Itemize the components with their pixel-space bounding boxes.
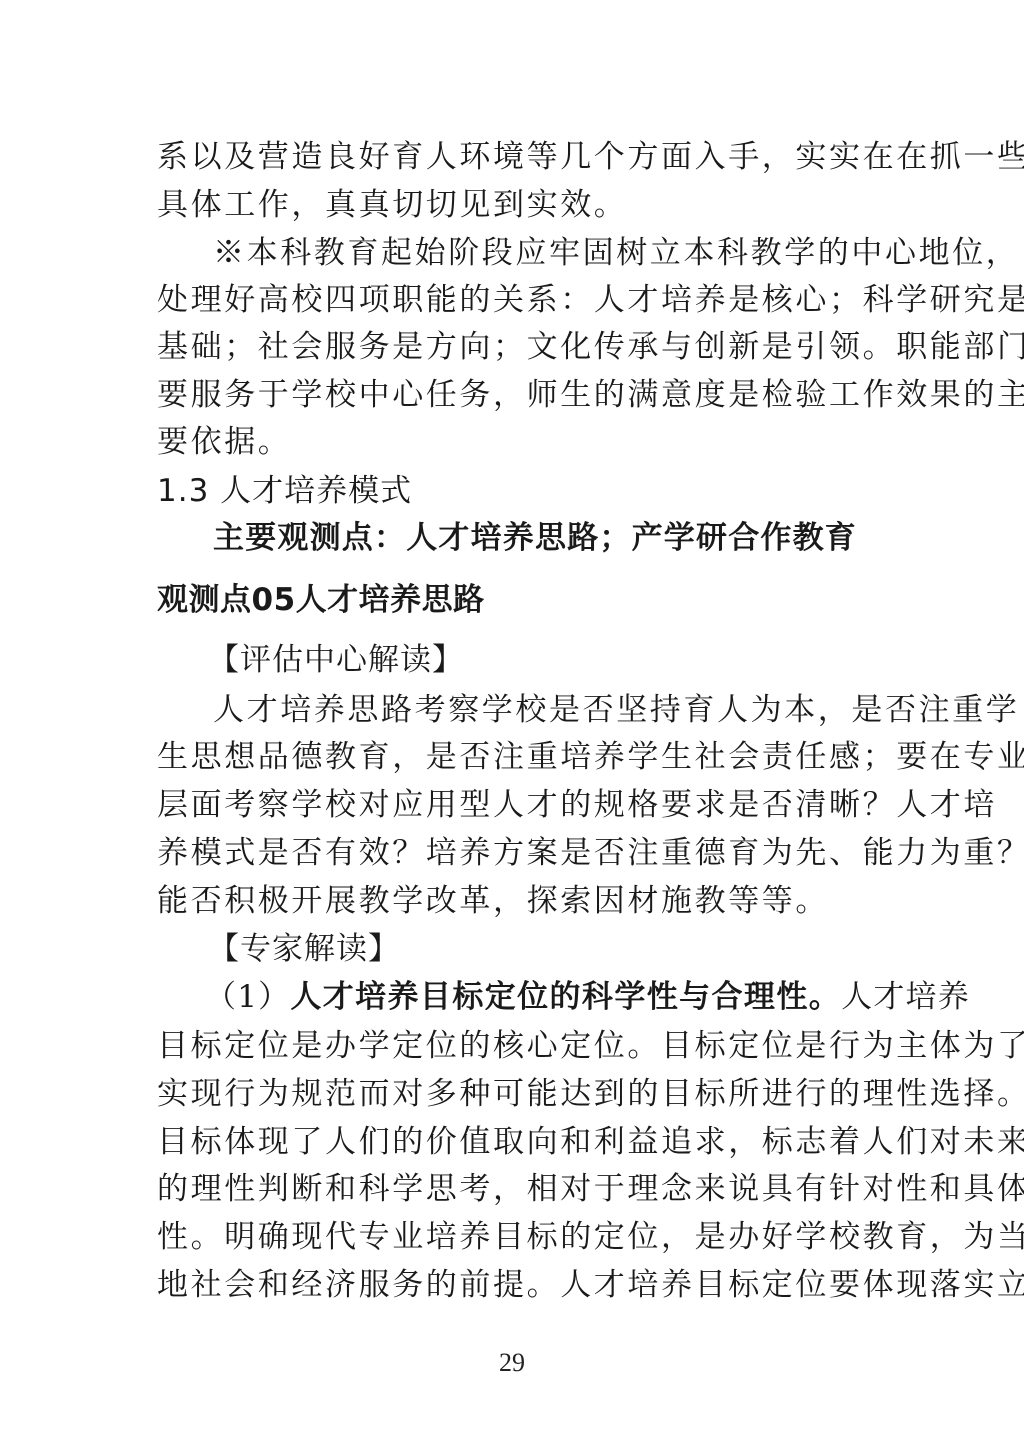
evaluation-paragraph-line: 生思想品德教育，是否注重培养学生社会责任感；要在专业 (157, 737, 869, 777)
expert-paragraph-line: 目标定位是办学定位的核心定位。目标定位是行为主体为了 (157, 1026, 869, 1066)
expert-paragraph-line: 性。明确现代专业培养目标的定位，是办好学校教育，为当 (157, 1217, 869, 1257)
evaluation-paragraph-line: 能否积极开展教学改革，探索因材施教等等。 (157, 881, 869, 921)
expert-item-1: （1）人才培养目标定位的科学性与合理性。人才培养 (205, 977, 861, 1017)
page-number: 29 (0, 1348, 1024, 1378)
section-heading: 1.3 人才培养模式 (157, 471, 869, 511)
document-page: 系以及营造良好育人环境等几个方面入手，实实在在抓一些 具体工作，真真切切见到实效… (0, 0, 1024, 1448)
evaluation-paragraph-line: 人才培养思路考察学校是否坚持育人为本，是否注重学 (213, 690, 869, 730)
expert-paragraph-line: 目标体现了人们的价值取向和利益追求，标志着人们对未来 (157, 1122, 869, 1162)
evaluation-paragraph-line: 养模式是否有效？培养方案是否注重德育为先、能力为重？ (157, 833, 869, 873)
note-paragraph-line: 处理好高校四项职能的关系：人才培养是核心；科学研究是 (157, 280, 869, 320)
expert-paragraph-line: 的理性判断和科学思考，相对于理念来说具有针对性和具体 (157, 1169, 869, 1209)
note-paragraph-line: ※本科教育起始阶段应牢固树立本科教学的中心地位， (213, 233, 869, 273)
item-bold-title: 人才培养目标定位的科学性与合理性。 (290, 979, 841, 1015)
item-number: （1） (205, 979, 290, 1015)
note-paragraph-line: 要服务于学校中心任务，师生的满意度是检验工作效果的主 (157, 375, 869, 415)
paragraph-line: 系以及营造良好育人环境等几个方面入手，实实在在抓一些 (157, 137, 869, 177)
expert-heading: 【专家解读】 (208, 929, 920, 969)
item-text: 人才培养 (841, 979, 970, 1015)
observation-point-title: 观测点05人才培养思路 (157, 580, 869, 620)
note-paragraph-line: 要依据。 (157, 422, 869, 462)
main-observation-points: 主要观测点：人才培养思路；产学研合作教育 (213, 518, 869, 558)
paragraph-line: 具体工作，真真切切见到实效。 (157, 185, 869, 225)
evaluation-paragraph-line: 层面考察学校对应用型人才的规格要求是否清晰？人才培 (157, 785, 869, 825)
note-paragraph-line: 基础；社会服务是方向；文化传承与创新是引领。职能部门 (157, 327, 869, 367)
expert-paragraph-line: 地社会和经济服务的前提。人才培养目标定位要体现落实立 (157, 1265, 869, 1305)
expert-paragraph-line: 实现行为规范而对多种可能达到的目标所进行的理性选择。 (157, 1074, 869, 1114)
evaluation-center-heading: 【评估中心解读】 (208, 640, 920, 680)
